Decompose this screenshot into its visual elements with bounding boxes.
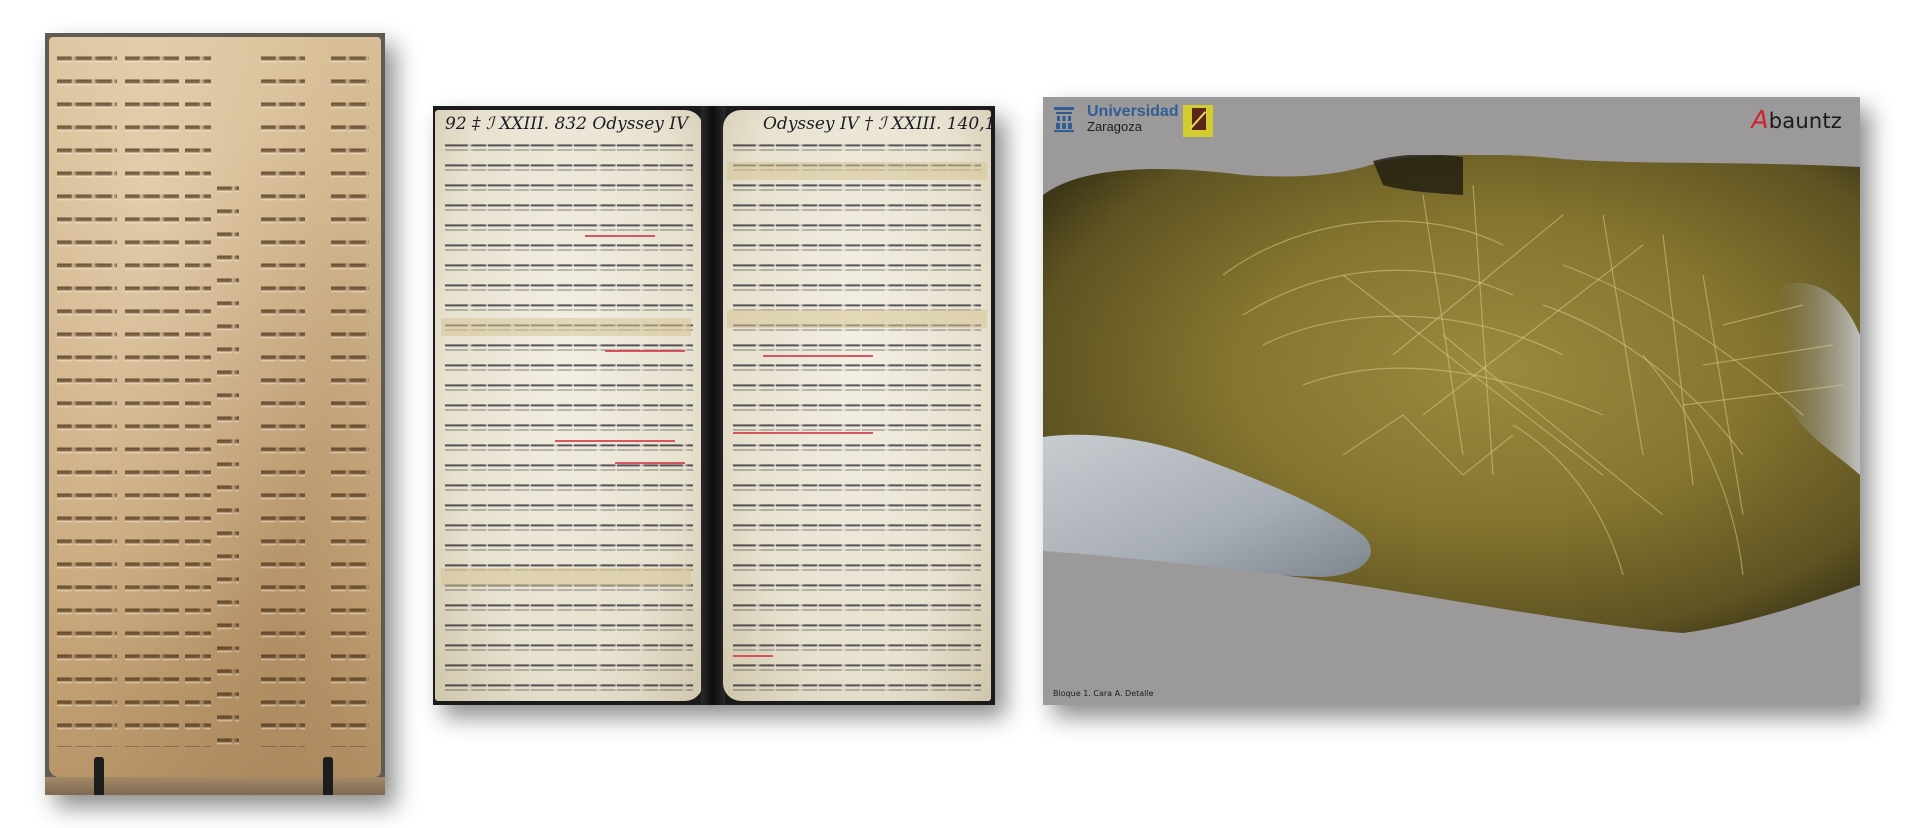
cuneiform-column (57, 47, 117, 747)
notebook-spine (701, 106, 725, 705)
cuneiform-column (261, 47, 305, 747)
tablet-clay-surface (49, 37, 381, 777)
cuneiform-column (185, 47, 211, 747)
red-underline (763, 355, 873, 357)
abauntz-title-initial: A (1751, 105, 1768, 134)
red-underline (605, 350, 685, 352)
right-page-heading: Odyssey IV † ℐ XXIII. 140,193 93 (763, 114, 995, 134)
left-page-heading: 92 ‡ ℐ XXIII. 832 Odyssey IV (445, 114, 688, 134)
university-tower-logo-icon (1053, 105, 1075, 133)
paste-strip (727, 310, 987, 328)
institution-badge-icon (1183, 105, 1213, 137)
cuneiform-column (331, 47, 369, 747)
slide-caption: Bloque 1. Cara A. Detalle (1053, 689, 1154, 698)
university-city: Zaragoza (1087, 120, 1142, 134)
abauntz-poster: Universidad Zaragoza Abauntz (1043, 97, 1860, 705)
university-name: Universidad (1087, 104, 1179, 120)
engraved-stone-photo (1043, 155, 1860, 635)
paste-strip (441, 318, 691, 336)
cuneiform-column (217, 177, 239, 747)
tablet-stand-right (323, 757, 333, 795)
cuneiform-column (125, 47, 179, 747)
abauntz-title-rest: bauntz (1769, 109, 1842, 133)
abauntz-title: Abauntz (1751, 105, 1842, 134)
handwriting-lines (445, 136, 693, 693)
notebook-right-page: Odyssey IV † ℐ XXIII. 140,193 93 (723, 110, 991, 701)
red-underline (733, 432, 873, 434)
red-underline (615, 462, 685, 464)
red-underline (555, 440, 675, 442)
tablet-stand-left (94, 757, 104, 795)
odyssey-notebook-image: 92 ‡ ℐ XXIII. 832 Odyssey IV Odyssey IV … (433, 106, 995, 705)
paste-strip (727, 162, 987, 180)
red-underline (585, 235, 655, 237)
red-underline (733, 655, 773, 657)
cuneiform-tablet-image (45, 33, 385, 795)
paste-strip (441, 568, 691, 586)
handwriting-lines (733, 136, 981, 693)
notebook-left-page: 92 ‡ ℐ XXIII. 832 Odyssey IV (435, 110, 703, 701)
